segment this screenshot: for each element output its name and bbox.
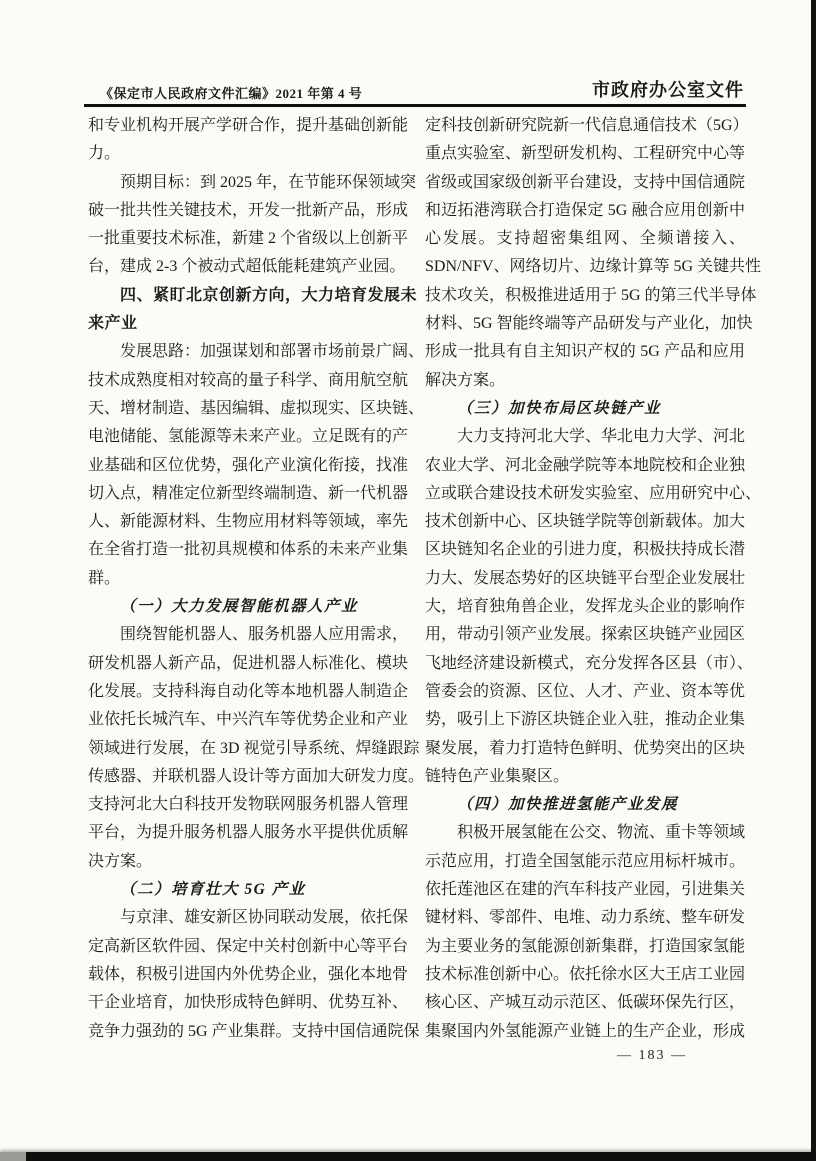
text-line: 业基础和区位优势，强化产业演化衔接，找准 (88, 452, 408, 480)
text-line: 预期目标：到 2025 年，在节能环保领域突 (88, 169, 408, 197)
text-line: 传感器、并联机器人设计等方面加大研发力度。 (88, 763, 408, 791)
header-volume-label: 《保定市人民政府文件汇编》2021 年第 4 号 (88, 83, 362, 102)
section-heading-line: 四、紧盯北京创新方向，大力培育发展未 (88, 282, 408, 310)
left-column: 和专业机构开展产学研合作，提升基础创新能力。预期目标：到 2025 年，在节能环… (88, 112, 408, 1046)
text-line: 载体，积极引进国内外优势企业，强化本地骨 (88, 961, 408, 989)
text-line: 定科技创新研究院新一代信息通信技术（5G） (425, 112, 745, 140)
text-line: 材料、5G 智能终端等产品研发与产业化，加快 (425, 310, 745, 338)
text-line: 力。 (88, 140, 408, 168)
text-line: 和迈拓港湾联合打造保定 5G 融合应用创新中 (425, 197, 745, 225)
subsection-heading: （三）加快布局区块链产业 (425, 395, 745, 423)
text-line: 领域进行发展，在 3D 视觉引导系统、焊缝跟踪 (88, 735, 408, 763)
scan-edge-right (811, 0, 816, 1161)
section-heading-line: 来产业 (88, 310, 408, 338)
right-column: 定科技创新研究院新一代信息通信技术（5G）重点实验室、新型研发机构、工程研究中心… (425, 112, 745, 1046)
text-line: 研发机器人新产品，促进机器人标准化、模块 (88, 650, 408, 678)
text-line: 管委会的资源、区位、人才、产业、资本等优 (425, 678, 745, 706)
text-line: 积极开展氢能在公交、物流、重卡等领域 (425, 819, 745, 847)
text-line: 发展思路：加强谋划和部署市场前景广阔、 (88, 338, 408, 366)
text-line: 台，建成 2-3 个被动式超低能耗建筑产业园。 (88, 253, 408, 281)
text-line: 形成一批具有自主知识产权的 5G 产品和应用 (425, 338, 745, 366)
text-line: 链特色产业集聚区。 (425, 763, 745, 791)
text-line: 人、新能源材料、生物应用材料等领域，率先 (88, 508, 408, 536)
text-line: 用，带动引领产业发展。探索区块链产业园区 (425, 621, 745, 649)
text-line: SDN/NFV、网络切片、边缘计算等 5G 关键共性 (425, 253, 745, 281)
subsection-heading: （四）加快推进氢能产业发展 (425, 791, 745, 819)
content-columns: 和专业机构开展产学研合作，提升基础创新能力。预期目标：到 2025 年，在节能环… (88, 112, 746, 1046)
text-line: 区块链知名企业的引进力度，积极扶持成长潜 (425, 536, 745, 564)
page-number: — 183 — (617, 1048, 687, 1064)
text-line: 技术标准创新中心。依托徐水区大王店工业园 (425, 961, 745, 989)
text-line: 大力支持河北大学、华北电力大学、河北 (425, 423, 745, 451)
document-page: 《保定市人民政府文件汇编》2021 年第 4 号 市政府办公室文件 和专业机构开… (0, 0, 816, 1161)
text-line: 支持河北大白科技开发物联网服务机器人管理 (88, 791, 408, 819)
text-line: 在全省打造一批初具规模和体系的未来产业集 (88, 536, 408, 564)
page-header: 《保定市人民政府文件汇编》2021 年第 4 号 市政府办公室文件 (88, 78, 744, 102)
text-line: 定高新区软件园、保定中关村创新中心等平台 (88, 933, 408, 961)
text-line: 天、增材制造、基因编辑、虚拟现实、区块链、 (88, 395, 408, 423)
text-line: 大，培育独角兽企业，发挥龙头企业的影响作 (425, 593, 745, 621)
text-line: 立或联合建设技术研发实验室、应用研究中心、 (425, 480, 745, 508)
scan-edge-bottom-left (0, 1152, 26, 1161)
scan-edge-bottom (0, 1152, 816, 1161)
text-line: 决方案。 (88, 848, 408, 876)
text-line: 力大、发展态势好的区块链平台型企业发展壮 (425, 565, 745, 593)
header-rule (84, 104, 746, 107)
text-line: 集聚国内外氢能源产业链上的生产企业，形成 (425, 1018, 745, 1046)
text-line: 省级或国家级创新平台建设，支持中国信通院 (425, 169, 745, 197)
text-line: 破一批共性关键技术，开发一批新产品，形成 (88, 197, 408, 225)
text-line: 势，吸引上下游区块链企业入驻，推动企业集 (425, 706, 745, 734)
subsection-heading: （一）大力发展智能机器人产业 (88, 593, 408, 621)
text-line: 聚发展，着力打造特色鲜明、优势突出的区块 (425, 735, 745, 763)
text-line: 与京津、雄安新区协同联动发展，依托保 (88, 904, 408, 932)
text-line: 重点实验室、新型研发机构、工程研究中心等 (425, 140, 745, 168)
text-line: 依托莲池区在建的汽车科技产业园，引进集关 (425, 876, 745, 904)
text-line: 干企业培育，加快形成特色鲜明、优势互补、 (88, 989, 408, 1017)
text-line: 解决方案。 (425, 367, 745, 395)
text-line: 切入点，精准定位新型终端制造、新一代机器 (88, 480, 408, 508)
text-line: 业依托长城汽车、中兴汽车等优势企业和产业 (88, 706, 408, 734)
text-line: 群。 (88, 565, 408, 593)
text-line: 示范应用，打造全国氢能示范应用标杆城市。 (425, 848, 745, 876)
text-line: 技术成熟度相对较高的量子科学、商用航空航 (88, 367, 408, 395)
text-line: 飞地经济建设新模式，充分发挥各区县（市）、 (425, 650, 745, 678)
text-line: 一批重要技术标准，新建 2 个省级以上创新平 (88, 225, 408, 253)
text-line: 技术创新中心、区块链学院等创新载体。加大 (425, 508, 745, 536)
subsection-heading: （二）培育壮大 5G 产业 (88, 876, 408, 904)
text-line: 心发展。支持超密集组网、全频谱接入、 (425, 225, 745, 253)
text-line: 核心区、产城互动示范区、低碳环保先行区， (425, 989, 745, 1017)
text-line: 化发展。支持科海自动化等本地机器人制造企 (88, 678, 408, 706)
text-line: 竞争力强劲的 5G 产业集群。支持中国信通院保 (88, 1018, 408, 1046)
header-doc-type-label: 市政府办公室文件 (592, 76, 744, 102)
text-line: 电池储能、氢能源等未来产业。立足既有的产 (88, 423, 408, 451)
text-line: 技术攻关，积极推进适用于 5G 的第三代半导体 (425, 282, 745, 310)
text-line: 为主要业务的氢能源创新集群，打造国家氢能 (425, 933, 745, 961)
text-line: 平台，为提升服务机器人服务水平提供优质解 (88, 819, 408, 847)
text-line: 农业大学、河北金融学院等本地院校和企业独 (425, 452, 745, 480)
text-line: 围绕智能机器人、服务机器人应用需求， (88, 621, 408, 649)
text-line: 和专业机构开展产学研合作，提升基础创新能 (88, 112, 408, 140)
text-line: 键材料、零部件、电堆、动力系统、整车研发 (425, 904, 745, 932)
